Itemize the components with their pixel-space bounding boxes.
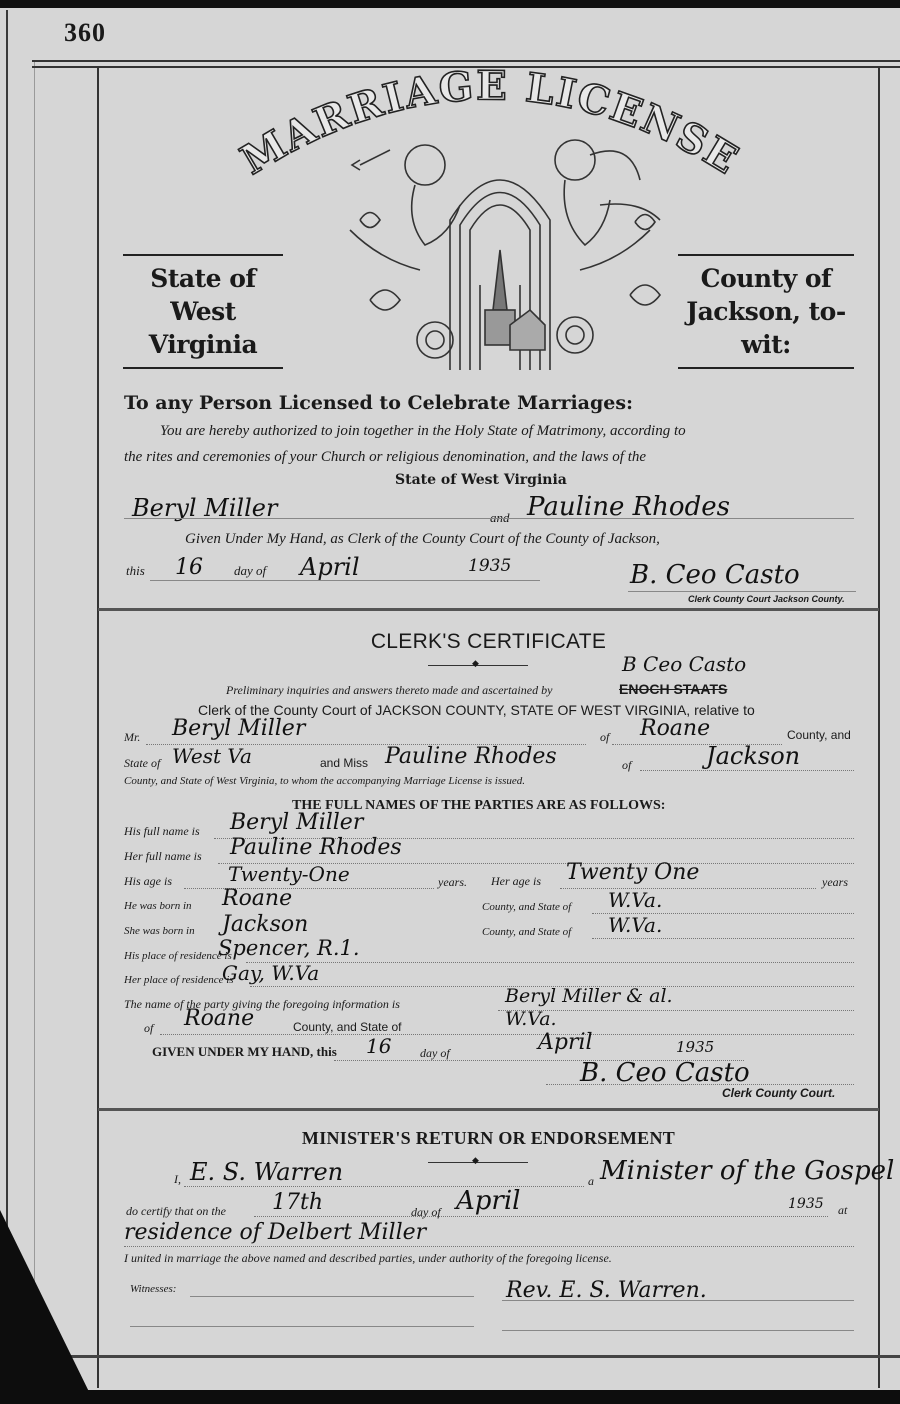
minister-return-title: MINISTER'S RETURN OR ENDORSEMENT [98, 1128, 879, 1149]
his-state-value: West Va [172, 744, 252, 768]
i-label: I, [174, 1172, 181, 1187]
of-label-2: of [622, 758, 631, 773]
license-year-value: 1935 [468, 556, 511, 576]
marriage-year-value: 1935 [788, 1196, 824, 1212]
bottom-rule [40, 1355, 900, 1358]
struck-clerk-name: ENOCH STAATS [619, 681, 727, 697]
her-full-name-label: Her full name is [124, 849, 202, 864]
witnesses-label: Witnesses: [130, 1283, 176, 1295]
marriage-date-line [254, 1216, 828, 1217]
informant-label: The name of the party giving the foregoi… [124, 997, 400, 1012]
form-border-right [878, 68, 880, 1388]
mr-value: Beryl Miller [172, 716, 305, 741]
given-under-label: GIVEN UNDER MY HAND, this [152, 1044, 337, 1060]
this-label: this [126, 563, 145, 579]
minister-title-value: Minister of the Gospel [600, 1156, 894, 1186]
informant-state-value: W.Va. [505, 1008, 557, 1030]
ornament-divider [428, 665, 528, 666]
witness-line-1 [190, 1296, 474, 1297]
his-full-name-value: Beryl Miller [230, 810, 363, 835]
clerk-replacement-signature: B Ceo Casto [622, 652, 746, 676]
binding-edge [6, 10, 8, 1400]
ornament-divider-2 [428, 1162, 528, 1163]
her-age-label: Her age is [491, 874, 541, 889]
his-county-value: Roane [640, 716, 710, 741]
page-shadow [0, 1210, 95, 1404]
given-year-value: 1935 [676, 1038, 714, 1056]
cherub-church-illustration [330, 110, 670, 380]
informant-county-line [160, 1034, 854, 1035]
county-name: Jackson, to-wit: [678, 295, 854, 361]
license-clerk-signature: B. Ceo Casto [630, 560, 800, 590]
given-under-text: Given Under My Hand, as Clerk of the Cou… [185, 531, 865, 548]
he-born-label: He was born in [124, 900, 192, 912]
section-divider [98, 608, 879, 611]
license-body-1: You are hereby authorized to join togeth… [160, 423, 860, 440]
page-number: 360 [64, 18, 106, 48]
of-label: of [600, 730, 609, 745]
marriage-location-value: residence of Delbert Miller [124, 1220, 426, 1245]
certificate-signature-caption: Clerk County Court. [722, 1086, 835, 1100]
his-residence-line [246, 962, 854, 963]
his-age-label: His age is [124, 874, 172, 889]
her-residence-value: Gay, W.Va [222, 961, 319, 985]
form-border-left [97, 68, 99, 1388]
her-county-value: Jackson [706, 742, 800, 770]
certificate-footer: County, and State of West Virginia, to w… [124, 775, 525, 787]
her-county-line [640, 770, 854, 771]
informant-value: Beryl Miller & al. [505, 985, 673, 1007]
his-residence-label: His place of residence is [124, 950, 232, 962]
a-label: a [588, 1174, 594, 1189]
salutation: To any Person Licensed to Celebrate Marr… [124, 392, 633, 414]
informant-of-label: of [144, 1021, 153, 1036]
license-body-2: the rites and ceremonies of your Church … [124, 449, 859, 466]
given-month-value: April [538, 1030, 593, 1055]
license-month-value: April [300, 553, 360, 581]
license-signature-caption: Clerk County Court Jackson County. [688, 594, 845, 604]
marriage-day-value: 17th [272, 1190, 323, 1215]
his-residence-value: Spencer, R.1. [218, 936, 360, 960]
license-body-3: State of West Virginia [395, 472, 567, 488]
her-full-name-value: Pauline Rhodes [230, 835, 402, 860]
preliminary-text: Preliminary inquiries and answers theret… [226, 683, 552, 698]
day-of-label: day of [234, 563, 266, 579]
his-age-value: Twenty-One [228, 862, 350, 886]
and-miss-label: and Miss [320, 756, 368, 770]
minister-name-line [184, 1186, 584, 1187]
he-born-state-value: W.Va. [608, 888, 662, 912]
page-bottom-shadow [0, 1390, 900, 1404]
county-and-label: County, and [787, 728, 851, 742]
witness-line-2 [130, 1326, 474, 1327]
she-born-value: Jackson [222, 912, 308, 937]
clerk-certificate-title: CLERK'S CERTIFICATE [98, 630, 879, 654]
years-label: years. [438, 875, 467, 890]
minister-name-value: E. S. Warren [190, 1158, 343, 1186]
county-state-label-2: County, and State of [482, 926, 571, 938]
informant-county-state-label: County, and State of [293, 1020, 402, 1034]
he-born-value: Roane [222, 886, 292, 911]
she-born-line [592, 938, 854, 939]
signature-line [628, 591, 856, 592]
date-line [150, 580, 540, 581]
mr-label: Mr. [124, 730, 140, 745]
state-block: State of West Virginia [122, 254, 284, 369]
her-age-line [560, 888, 816, 889]
informant-county-value: Roane [184, 1006, 254, 1031]
state-of-label: State of [124, 756, 160, 771]
miss-value: Pauline Rhodes [385, 744, 557, 769]
location-line [124, 1246, 854, 1247]
marriage-month-value: April [456, 1186, 520, 1216]
united-text: I united in marriage the above named and… [124, 1251, 612, 1266]
marriage-day-of-label: day of [411, 1205, 441, 1220]
she-born-state-value: W.Va. [608, 913, 662, 937]
state-name: West Virginia [122, 295, 284, 361]
his-full-name-label: His full name is [124, 824, 200, 839]
minister-signature-line-2 [502, 1330, 854, 1331]
county-label: County of [678, 262, 854, 295]
license-day-value: 16 [175, 555, 203, 580]
given-day-value: 16 [366, 1034, 391, 1058]
given-day-of-label: day of [420, 1046, 450, 1061]
certify-label: do certify that on the [126, 1204, 226, 1219]
she-born-label: She was born in [124, 925, 195, 937]
state-label: State of [122, 262, 284, 295]
certificate-signature-line [546, 1084, 854, 1085]
her-residence-label: Her place of residence is [124, 974, 234, 986]
at-label: at [838, 1203, 847, 1218]
names-line [124, 518, 854, 519]
section-divider-2 [98, 1108, 879, 1111]
minister-signature-line [502, 1300, 854, 1301]
her-age-value: Twenty One [566, 860, 699, 885]
county-block: County of Jackson, to-wit: [678, 254, 854, 369]
page-edge-line [34, 60, 35, 1390]
years-label-2: years [822, 875, 848, 890]
county-state-label: County, and State of [482, 901, 571, 913]
